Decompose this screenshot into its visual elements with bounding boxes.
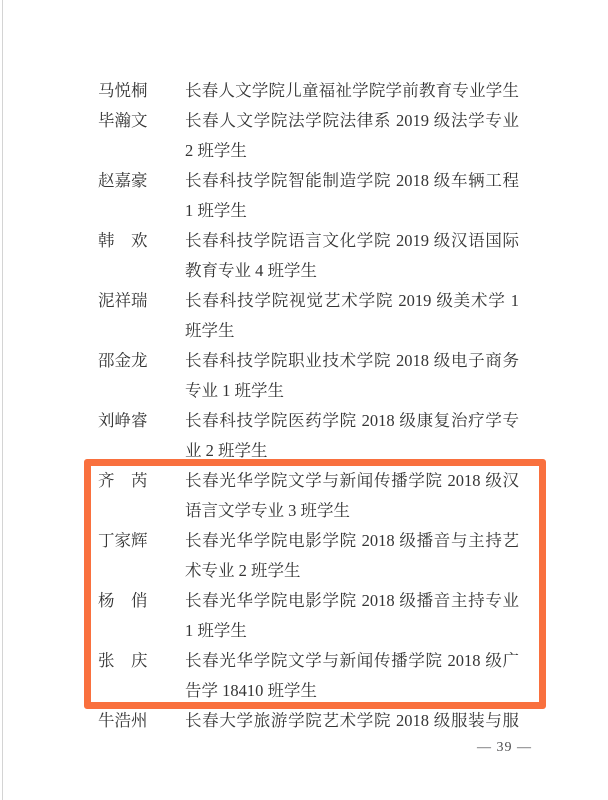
student-name: 刘峥睿 [98, 406, 149, 466]
student-affiliation: 长春科技学院职业技术学院 2018 级电子商务专业 1 班学生 [185, 346, 519, 406]
student-name: 泥祥瑞 [98, 286, 149, 346]
student-name: 齐 芮 [98, 466, 149, 526]
affiliation-line: 长春人文学院法学院法律系 2019 级法学专业 [185, 106, 519, 136]
roster-entry: 马悦桐长春人文学院儿童福祉学院学前教育专业学生 [98, 76, 519, 106]
student-affiliation: 长春科技学院智能制造学院 2018 级车辆工程1 班学生 [185, 166, 519, 226]
student-affiliation: 长春光华学院文学与新闻传播学院 2018 级汉语言文学专业 3 班学生 [185, 466, 519, 526]
student-affiliation: 长春光华学院文学与新闻传播学院 2018 级广告学 18410 班学生 [185, 646, 519, 706]
affiliation-line: 长春光华学院文学与新闻传播学院 2018 级广 [185, 646, 519, 676]
affiliation-line: 长春光华学院电影学院 2018 级播音与主持艺 [185, 526, 519, 556]
roster-entry-highlighted: 丁家辉长春光华学院电影学院 2018 级播音与主持艺术专业 2 班学生 [98, 526, 519, 586]
student-name: 丁家辉 [98, 526, 149, 586]
roster-entry-highlighted: 杨 俏长春光华学院电影学院 2018 级播音主持专业1 班学生 [98, 586, 519, 646]
student-name: 毕瀚文 [98, 106, 149, 166]
student-affiliation: 长春科技学院医药学院 2018 级康复治疗学专业 2 班学生 [185, 406, 519, 466]
student-name: 赵嘉豪 [98, 166, 149, 226]
affiliation-line: 术专业 2 班学生 [185, 556, 519, 586]
affiliation-line: 1 班学生 [185, 196, 519, 226]
affiliation-line: 长春光华学院电影学院 2018 级播音主持专业 [185, 586, 519, 616]
affiliation-line: 告学 18410 班学生 [185, 676, 519, 706]
affiliation-line: 长春大学旅游学院艺术学院 2018 级服装与服 [185, 706, 519, 736]
student-affiliation: 长春光华学院电影学院 2018 级播音与主持艺术专业 2 班学生 [185, 526, 519, 586]
student-affiliation: 长春光华学院电影学院 2018 级播音主持专业1 班学生 [185, 586, 519, 646]
roster-entry-highlighted: 张 庆长春光华学院文学与新闻传播学院 2018 级广告学 18410 班学生 [98, 646, 519, 706]
roster-list: 马悦桐长春人文学院儿童福祉学院学前教育专业学生毕瀚文长春人文学院法学院法律系 2… [98, 76, 519, 736]
affiliation-line: 长春科技学院医药学院 2018 级康复治疗学专 [185, 406, 519, 436]
affiliation-line: 2 班学生 [185, 136, 519, 166]
student-name: 马悦桐 [98, 76, 149, 106]
student-affiliation: 长春人文学院法学院法律系 2019 级法学专业2 班学生 [185, 106, 519, 166]
page-edge-scan-line [2, 0, 3, 800]
student-name: 杨 俏 [98, 586, 149, 646]
roster-entry: 泥祥瑞长春科技学院视觉艺术学院 2019 级美术学 1班学生 [98, 286, 519, 346]
affiliation-line: 长春科技学院语言文化学院 2019 级汉语国际 [185, 226, 519, 256]
affiliation-line: 1 班学生 [185, 616, 519, 646]
roster-entry-highlighted: 齐 芮长春光华学院文学与新闻传播学院 2018 级汉语言文学专业 3 班学生 [98, 466, 519, 526]
student-affiliation: 长春大学旅游学院艺术学院 2018 级服装与服 [185, 706, 519, 736]
roster-entry: 邵金龙长春科技学院职业技术学院 2018 级电子商务专业 1 班学生 [98, 346, 519, 406]
affiliation-line: 长春光华学院文学与新闻传播学院 2018 级汉 [185, 466, 519, 496]
roster-entry: 刘峥睿长春科技学院医药学院 2018 级康复治疗学专业 2 班学生 [98, 406, 519, 466]
roster-entry: 毕瀚文长春人文学院法学院法律系 2019 级法学专业2 班学生 [98, 106, 519, 166]
affiliation-line: 业 2 班学生 [185, 436, 519, 466]
student-name: 牛浩州 [98, 706, 149, 736]
student-name: 邵金龙 [98, 346, 149, 406]
student-affiliation: 长春科技学院语言文化学院 2019 级汉语国际教育专业 4 班学生 [185, 226, 519, 286]
student-affiliation: 长春人文学院儿童福祉学院学前教育专业学生 [185, 76, 519, 106]
affiliation-line: 长春科技学院视觉艺术学院 2019 级美术学 1 [185, 286, 519, 316]
roster-entry: 牛浩州长春大学旅游学院艺术学院 2018 级服装与服 [98, 706, 519, 736]
student-name: 张 庆 [98, 646, 149, 706]
affiliation-line: 专业 1 班学生 [185, 376, 519, 406]
student-name: 韩 欢 [98, 226, 149, 286]
affiliation-line: 班学生 [185, 316, 519, 346]
affiliation-line: 长春科技学院职业技术学院 2018 级电子商务 [185, 346, 519, 376]
roster-entry: 赵嘉豪长春科技学院智能制造学院 2018 级车辆工程1 班学生 [98, 166, 519, 226]
affiliation-line: 长春科技学院智能制造学院 2018 级车辆工程 [185, 166, 519, 196]
page-number: — 39 — [477, 740, 557, 756]
affiliation-line: 教育专业 4 班学生 [185, 256, 519, 286]
affiliation-line: 语言文学专业 3 班学生 [185, 496, 519, 526]
roster-entry: 韩 欢长春科技学院语言文化学院 2019 级汉语国际教育专业 4 班学生 [98, 226, 519, 286]
document-page: 马悦桐长春人文学院儿童福祉学院学前教育专业学生毕瀚文长春人文学院法学院法律系 2… [0, 0, 608, 800]
affiliation-line: 长春人文学院儿童福祉学院学前教育专业学生 [185, 76, 519, 106]
student-affiliation: 长春科技学院视觉艺术学院 2019 级美术学 1班学生 [185, 286, 519, 346]
